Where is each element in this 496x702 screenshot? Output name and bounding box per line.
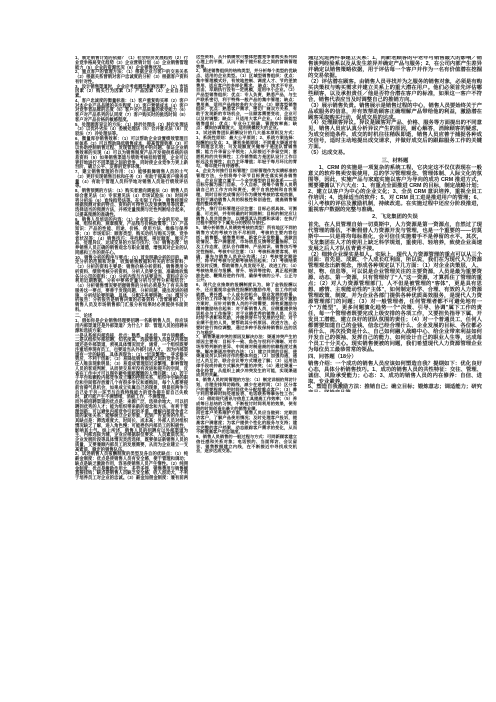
paragraph: 6、现代企业推崇的报酬制度认为，除了金钱报酬以外，还应重视非金钱性报酬的激励作用…: [196, 283, 297, 335]
paragraph: 2、重点客户的管理方法：（1）根据企业与客户的交易关系（2）根据关系营销对客户忠…: [75, 70, 188, 84]
paragraph: 10、销售分析的程序与要点：（1）首先明确分析的目的，确定分析的范围和对象，收集…: [75, 256, 188, 313]
section-header: 2、飞龙集团的失误: [308, 215, 482, 221]
paragraph: 8、销售人员时间管理的方法：（1）制定详细的拜访计划，合理安排拜访路线，减少在途…: [196, 378, 297, 411]
paragraph: （4）处理顾客异议。异议是顾客对产品、价格、服务等方面提出的不同意见，销售人员应…: [308, 121, 482, 151]
paragraph: 6、衡量库存销售效率：（1）可以帮助企业设置绩效管理目标体系（2）可以帮助降低销…: [75, 137, 188, 170]
paragraph: 1、CRM 的实施是一项复杂的系统工程，它决定这不仅仅表现在一般意义的软件售卖安…: [308, 166, 482, 214]
paragraph: 9、销售人员培训的内容：（1）企业知识：企业的历史、规模、组织机构、规章制度、产…: [75, 218, 188, 256]
scanned-document-page: 1、制定销售计划的依据？（1）社会经济发展趋势（2）行业竞争格局变化趋势（3）企…: [0, 0, 496, 702]
paragraph: 5、塑造自我激励方法：推销自己；确立目标；锻炼意志；调适能力；研究产品；坚持产品…: [308, 385, 482, 392]
paragraph: 8、销售预测的方法：（1）购买者意向调查法（2）销售人员综合意见法（3）专家意见…: [75, 189, 188, 218]
paragraph: （2）评估潜在顾客。由销售人员寻找并为之服务的销售对象，必须是有购买决策权与购买…: [308, 80, 482, 104]
paragraph: 3、试述销售团队薪酬设计的几大基本原则及方式：1、系统性原则：最大公平原则；2、…: [196, 131, 297, 169]
text-column-2: 这些资料，从升销绩效可整体把握竞争者购买系列和心理上的平衡，从而不断于提升私企之…: [196, 55, 297, 480]
text-column-1: 1、制定销售计划的依据？（1）社会经济发展趋势（2）行业竞争格局变化趋势（3）企…: [75, 56, 188, 480]
paragraph: 而外部招聘渠道的优点是：来源广泛、选择余地大，可以招聘到优秀的人才；能为组织带来…: [75, 400, 188, 452]
paragraph: 1、假如你是企业销售经理要招聘一名新销售人员，你应该用内部渠道还是外部渠道？为什…: [75, 319, 188, 333]
paragraph: 2、试述销售人员报酬制度的类型及各自的优缺点：（1）纯薪金制度：优点是使销售人员…: [75, 452, 188, 480]
paragraph: 此外，推行目标管理还应注意：目标必须具体、可衡量、可达到，并有明确的时间限制；目…: [196, 207, 297, 226]
paragraph: 通过先进两件事建立关系：1、同新老顾客的中老年可销售最大的影响／销售谈判经验系以…: [308, 56, 482, 80]
paragraph: 首先，在人员管理自始一切莫斯中，人力资源是第一资源点，自然过了现代管理的落伍，不…: [308, 223, 482, 253]
paragraph: 5、请分析销售人员绩效考核的类型！所有地区不同的销售方式的考核方法不尽相同，考核…: [196, 226, 297, 283]
paragraph: 4、企业为何推行目标管理？目标管理作为实绩标准的管理方法，分别将每个环节目标责任…: [196, 169, 297, 207]
paragraph: 2、简述销售组织的结构类型，并分析每个类型的优缺点、适用的企业类型。（1）区域型…: [196, 69, 297, 131]
paragraph: 9、销售人员销售的一般过程与方式：可同新顾客建立信任感和关系对象；电话预约、当面…: [196, 435, 297, 454]
paragraph: 5、处理顾客异议的方法：（1）转折处理法（2）转化处理法（3）以优补劣法（4）委…: [75, 123, 188, 137]
paragraph: （5）达成交易。: [308, 151, 482, 157]
paragraph: 4、客户忠诚度的衡量标准：（1）客户重复购买率（2）客户对本企业产品品牌的关注程…: [75, 99, 188, 123]
paragraph: （2）细转企业现实是拟人。实际上，现代人力资源管理的重点可以从三个层面：首先是、…: [308, 253, 482, 354]
paragraph: （3）展示销售负责。销售展示是销售过程的中心，销售人员要始终关于产品或服务的信息…: [308, 104, 482, 122]
paragraph: 7、建立销售管理的作用：（1）能够鼓舞销售人员的士气（2）更好实现销售目标和任务…: [75, 170, 188, 189]
section-header: 四、问答题（18分）: [308, 355, 482, 361]
paragraph: 而在客户关系维护方面，销售人员应当做到：定期回访客户，了解产品使用情况；及时处理…: [196, 411, 297, 435]
paragraph: 一是从系统内部选拔，优点：熟悉、成本低、甲方信赖感；二是从组织外部招聘，知名度高…: [75, 334, 188, 401]
section-header: 三、材料题: [308, 159, 482, 165]
paragraph: 3、设计销售渠道时，企业应考虑哪些影响因素？（1）市场因素（2）购买行为因素（3…: [75, 85, 188, 99]
text-column-3: 通过先进两件事建立关系：1、同新老顾客的中老年可销售最大的影响／销售谈判经验系以…: [308, 56, 482, 392]
paragraph: 7、销售渠道冲突的原因及解决办法：渠道冲突产生的原因主要有：目标不一致、角色与权…: [196, 335, 297, 378]
paragraph: 销售介绍：一个成功的销售人员应该如何塑造自我？提纲如下：优化良好心态，具体分析销…: [308, 362, 482, 386]
